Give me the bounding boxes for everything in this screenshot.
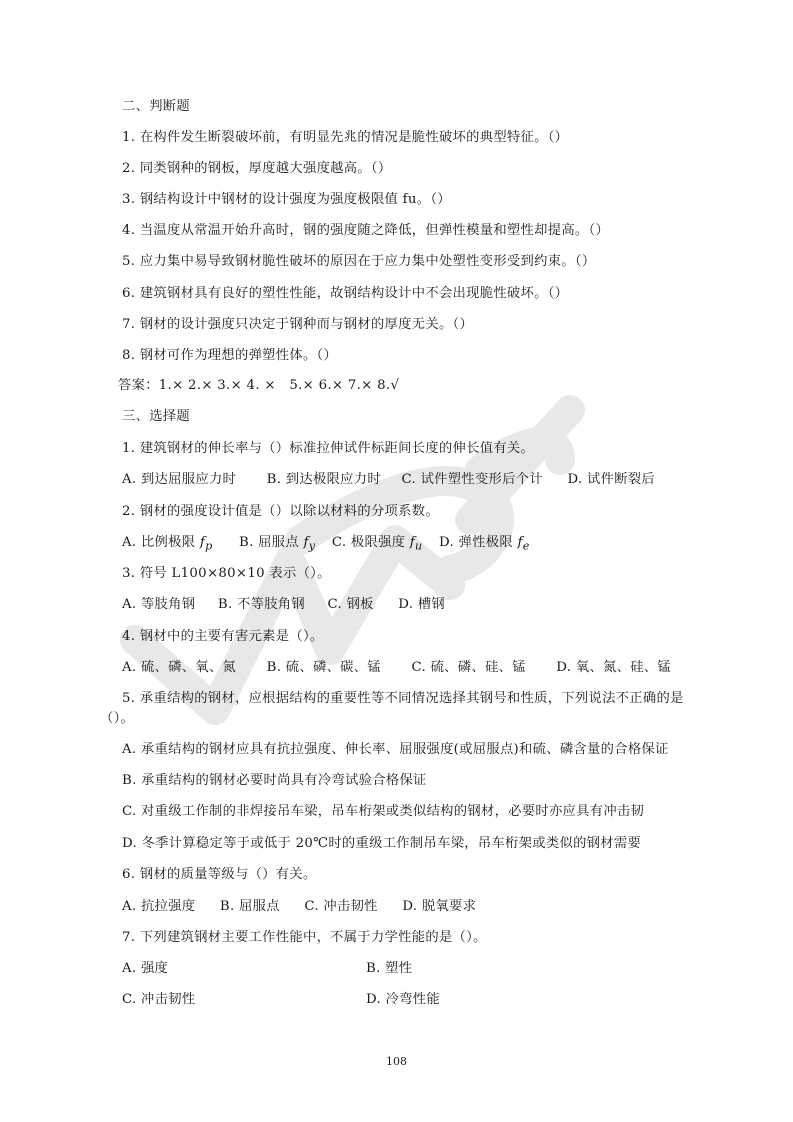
option-a: A. 硫、磷、氧、氮: [122, 659, 236, 677]
judgement-question-6: 6. 建筑钢材具有良好的塑性性能，故钢结构设计中不会出现脆性破坏。（）: [122, 285, 568, 303]
judgement-question-4: 4. 当温度从常温开始升高时，钢的强度随之降低，但弹性模量和塑性却提高。（）: [122, 222, 609, 240]
option-b: B. 不等肢角钢: [218, 596, 305, 614]
section-heading-judgement: 二、判断题: [122, 98, 190, 116]
option-a: A. 比例极限 fp: [122, 534, 213, 556]
section-heading-choice: 三、选择题: [122, 408, 190, 426]
choice-question-3-options: A. 等肢角钢 B. 不等肢角钢 C. 钢板 D. 槽钢: [122, 596, 445, 614]
option-a: A. 强度: [122, 960, 168, 978]
option-d: D. 冷弯性能: [366, 991, 440, 1009]
choice-question-5-stem-continued: （）。: [100, 710, 134, 728]
option-d: D. 氧、氮、硅、锰: [556, 659, 671, 677]
option-d: D. 脱氧要求: [402, 898, 476, 916]
option-a: A. 抗拉强度: [122, 898, 195, 916]
judgement-answer: 答案：1.× 2.× 3.× 4. × 5.× 6.× 7.× 8.√: [118, 377, 399, 395]
option-a: A. 到达屈服应力时: [122, 471, 236, 489]
option-b: B. 屈服点: [220, 898, 280, 916]
choice-question-1-stem: 1. 建筑钢材的伸长率与（）标准拉伸试件标距间长度的伸长值有关。: [122, 440, 534, 458]
choice-question-7-options-row2: C. 冲击韧性 D. 冷弯性能: [122, 991, 195, 1009]
judgement-question-8: 8. 钢材可作为理想的弹塑性体。（）: [122, 347, 337, 365]
choice-question-3-stem: 3. 符号 L100×80×10 表示（）。: [122, 565, 331, 583]
choice-question-6-stem: 6. 钢材的质量等级与（）有关。: [122, 866, 317, 884]
option-b: B. 屈服点 fy: [239, 534, 315, 556]
choice-question-6-options: A. 抗拉强度 B. 屈服点 C. 冲击韧性 D. 脱氧要求: [122, 898, 476, 916]
option-a: A. 等肢角钢: [122, 596, 195, 614]
option-c: C. 冲击韧性: [304, 898, 377, 916]
choice-question-5-option-b: B. 承重结构的钢材必要时尚具有冷弯试验合格保证: [122, 772, 427, 790]
choice-question-5-stem: 5. 承重结构的钢材，应根据结构的重要性等不同情况选择其钢号和性质，下列说法不正…: [122, 690, 684, 708]
option-d: D. 槽钢: [398, 596, 445, 614]
choice-question-5-option-c: C. 对重级工作制的非焊接吊车梁，吊车桁架或类似结构的钢材，必要时亦应具有冲击韧: [122, 803, 644, 821]
page-number: 108: [0, 1055, 793, 1068]
choice-question-1-options: A. 到达屈服应力时 B. 到达极限应力时 C. 试件塑性变形后个计 D. 试件…: [122, 471, 655, 489]
wps-watermark-logo: [0, 0, 793, 1122]
judgement-question-1: 1. 在构件发生断裂破坏前，有明显先兆的情况是脆性破坏的典型特征。（）: [122, 129, 568, 147]
option-b: B. 塑性: [366, 960, 412, 978]
judgement-question-3: 3. 钢结构设计中钢材的设计强度为强度极限值 fu。（）: [122, 191, 451, 209]
option-c: C. 冲击韧性: [122, 991, 195, 1009]
judgement-question-5: 5. 应力集中易导致钢材脆性破坏的原因在于应力集中处塑性变形受到约束。（）: [122, 253, 595, 271]
option-c: C. 钢板: [328, 596, 374, 614]
choice-question-7-options-row1: A. 强度 B. 塑性: [122, 960, 168, 978]
choice-question-2-options: A. 比例极限 fp B. 屈服点 fy C. 极限强度 fu D. 弹性极限 …: [122, 534, 530, 556]
option-c: C. 极限强度 fu: [332, 534, 423, 556]
option-d: D. 弹性极限 fe: [439, 534, 530, 556]
option-b: B. 硫、磷、碳、锰: [267, 659, 381, 677]
option-d: D. 试件断裂后: [567, 471, 655, 489]
choice-question-2-stem: 2. 钢材的强度设计值是（）以除以材料的分项系数。: [122, 503, 439, 521]
judgement-question-7: 7. 钢材的设计强度只决定于钢种而与钢材的厚度无关。（）: [122, 316, 473, 334]
choice-question-7-stem: 7. 下列建筑钢材主要工作性能中，不属于力学性能的是（）。: [122, 929, 487, 947]
choice-question-4-stem: 4. 钢材中的主要有害元素是（）。: [122, 628, 324, 646]
choice-question-5-option-a: A. 承重结构的钢材应具有抗拉强度、伸长率、屈服强度(或屈服点)和硫、磷含量的合…: [122, 741, 669, 759]
option-c: C. 试件塑性变形后个计: [402, 471, 543, 489]
option-b: B. 到达极限应力时: [267, 471, 381, 489]
judgement-question-2: 2. 同类钢种的钢板，厚度越大强度越高。（）: [122, 160, 392, 178]
choice-question-4-options: A. 硫、磷、氧、氮 B. 硫、磷、碳、锰 C. 硫、磷、硅、锰 D. 氧、氮、…: [122, 659, 671, 677]
choice-question-5-option-d: D. 冬季计算稳定等于或低于 20℃时的重级工作制吊车梁，吊车桁架或类似的钢材需…: [122, 835, 641, 853]
option-c: C. 硫、磷、硅、锰: [412, 659, 526, 677]
